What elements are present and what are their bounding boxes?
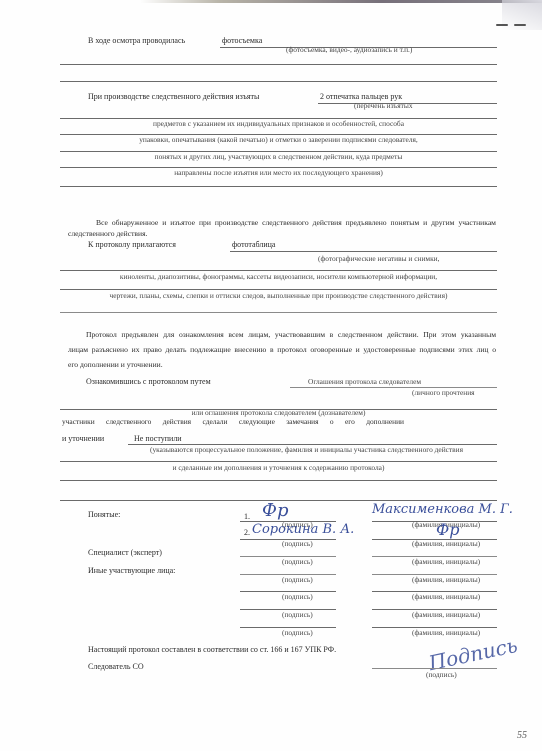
witness-2-signature: Сорокина В. А. bbox=[252, 522, 354, 537]
blank-line bbox=[60, 480, 497, 481]
seized-hint-5: направлены после изъятия или место их по… bbox=[60, 168, 497, 178]
witness-2-number: 2. bbox=[244, 528, 250, 538]
attached-label: К протоколу прилагаются bbox=[88, 240, 176, 250]
familiarized-value: Оглашения протокола следователем bbox=[308, 377, 421, 387]
attached-value: фототаблица bbox=[232, 240, 275, 250]
signature-hint: (подпись) bbox=[282, 628, 313, 638]
signature-line bbox=[372, 668, 497, 669]
seized-hint-1: (перечень изъятых bbox=[354, 101, 413, 111]
corner-mark bbox=[496, 24, 508, 26]
photo-hint: (фотосъемка, видео-, аудиозапись и т.п.) bbox=[286, 45, 412, 55]
familiarized-continuation: участники следственного действия сделали… bbox=[62, 417, 404, 427]
remarks-label: и уточнении bbox=[62, 434, 104, 444]
name-hint: (фамилия, инициалы) bbox=[412, 557, 480, 567]
attached-value-line bbox=[230, 251, 497, 252]
familiarized-hint-1: (личного прочтения bbox=[412, 388, 475, 398]
seized-hint-3: упаковки, опечатывания (какой печатью) и… bbox=[60, 135, 497, 145]
corner-mark bbox=[514, 24, 526, 26]
photo-value: фотосъемка bbox=[222, 36, 262, 46]
signature-hint: (подпись) bbox=[282, 592, 313, 602]
signature-hint: (подпись) bbox=[282, 610, 313, 620]
signature-hint: (подпись) bbox=[282, 539, 313, 549]
blank-line bbox=[60, 186, 497, 187]
remarks-hint-2: и сделанные им дополнения и уточнения к … bbox=[60, 463, 497, 473]
remarks-value: Не поступили bbox=[134, 434, 182, 444]
seized-hint-4: понятых и других лиц, участвующих в след… bbox=[60, 152, 497, 162]
signature-hint: (подпись) bbox=[426, 670, 457, 680]
rights-line-2: лицам разъяснено их право делать подлежа… bbox=[68, 345, 496, 355]
blank-line bbox=[60, 461, 497, 462]
witness-2-name-mark: Фр bbox=[436, 520, 460, 539]
name-hint: (фамилия, инициалы) bbox=[412, 610, 480, 620]
name-hint: (фамилия, инициалы) bbox=[412, 592, 480, 602]
others-label: Иные участвующие лица: bbox=[88, 566, 175, 576]
name-hint: (фамилия, инициалы) bbox=[412, 539, 480, 549]
footer-statement: Настоящий протокол составлен в соответст… bbox=[88, 645, 336, 655]
witnesses-label: Понятые: bbox=[88, 510, 120, 520]
photo-label: В ходе осмотра проводилась bbox=[88, 36, 185, 46]
page-number: 55 bbox=[517, 730, 527, 741]
investigator-label: Следователь СО bbox=[88, 662, 144, 672]
signature-hint: (подпись) bbox=[282, 575, 313, 585]
blank-line bbox=[60, 270, 497, 271]
blank-line bbox=[60, 81, 497, 82]
attached-hint-1: (фотографические негативы и снимки, bbox=[318, 254, 439, 264]
scan-edge bbox=[140, 0, 542, 3]
presented-line-2: следственного действия. bbox=[68, 229, 147, 239]
familiarized-label: Ознакомившись с протоколом путем bbox=[86, 377, 211, 387]
signature-hint: (подпись) bbox=[282, 557, 313, 567]
document-page: В ходе осмотра проводилась фотосъемка (ф… bbox=[0, 0, 542, 751]
rights-line-3: его дополнении и уточнении. bbox=[68, 360, 163, 370]
name-hint: (фамилия, инициалы) bbox=[412, 628, 480, 638]
attached-hint-3: чертежи, планы, схемы, слепки и оттиски … bbox=[60, 291, 497, 301]
seized-hint-2: предметов с указанием их индивидуальных … bbox=[60, 119, 497, 129]
blank-line bbox=[60, 312, 497, 313]
blank-line bbox=[60, 64, 497, 65]
remarks-hint-1: (указываются процессуальное положение, ф… bbox=[150, 445, 463, 455]
witness-1-name: Максименкова М. Г. bbox=[372, 502, 513, 517]
presented-line-1: Все обнаруженное и изъятое при производс… bbox=[96, 218, 496, 228]
specialist-label: Специалист (эксперт) bbox=[88, 548, 162, 558]
name-hint: (фамилия, инициалы) bbox=[412, 575, 480, 585]
rights-line-1: Протокол предъявлен для ознакомления все… bbox=[86, 330, 496, 340]
seized-label: При производстве следственного действия … bbox=[88, 92, 259, 102]
attached-hint-2: киноленты, диапозитивы, фонограммы, касс… bbox=[60, 272, 497, 282]
witness-1-signature: Фр bbox=[262, 500, 288, 521]
blank-line bbox=[60, 289, 497, 290]
